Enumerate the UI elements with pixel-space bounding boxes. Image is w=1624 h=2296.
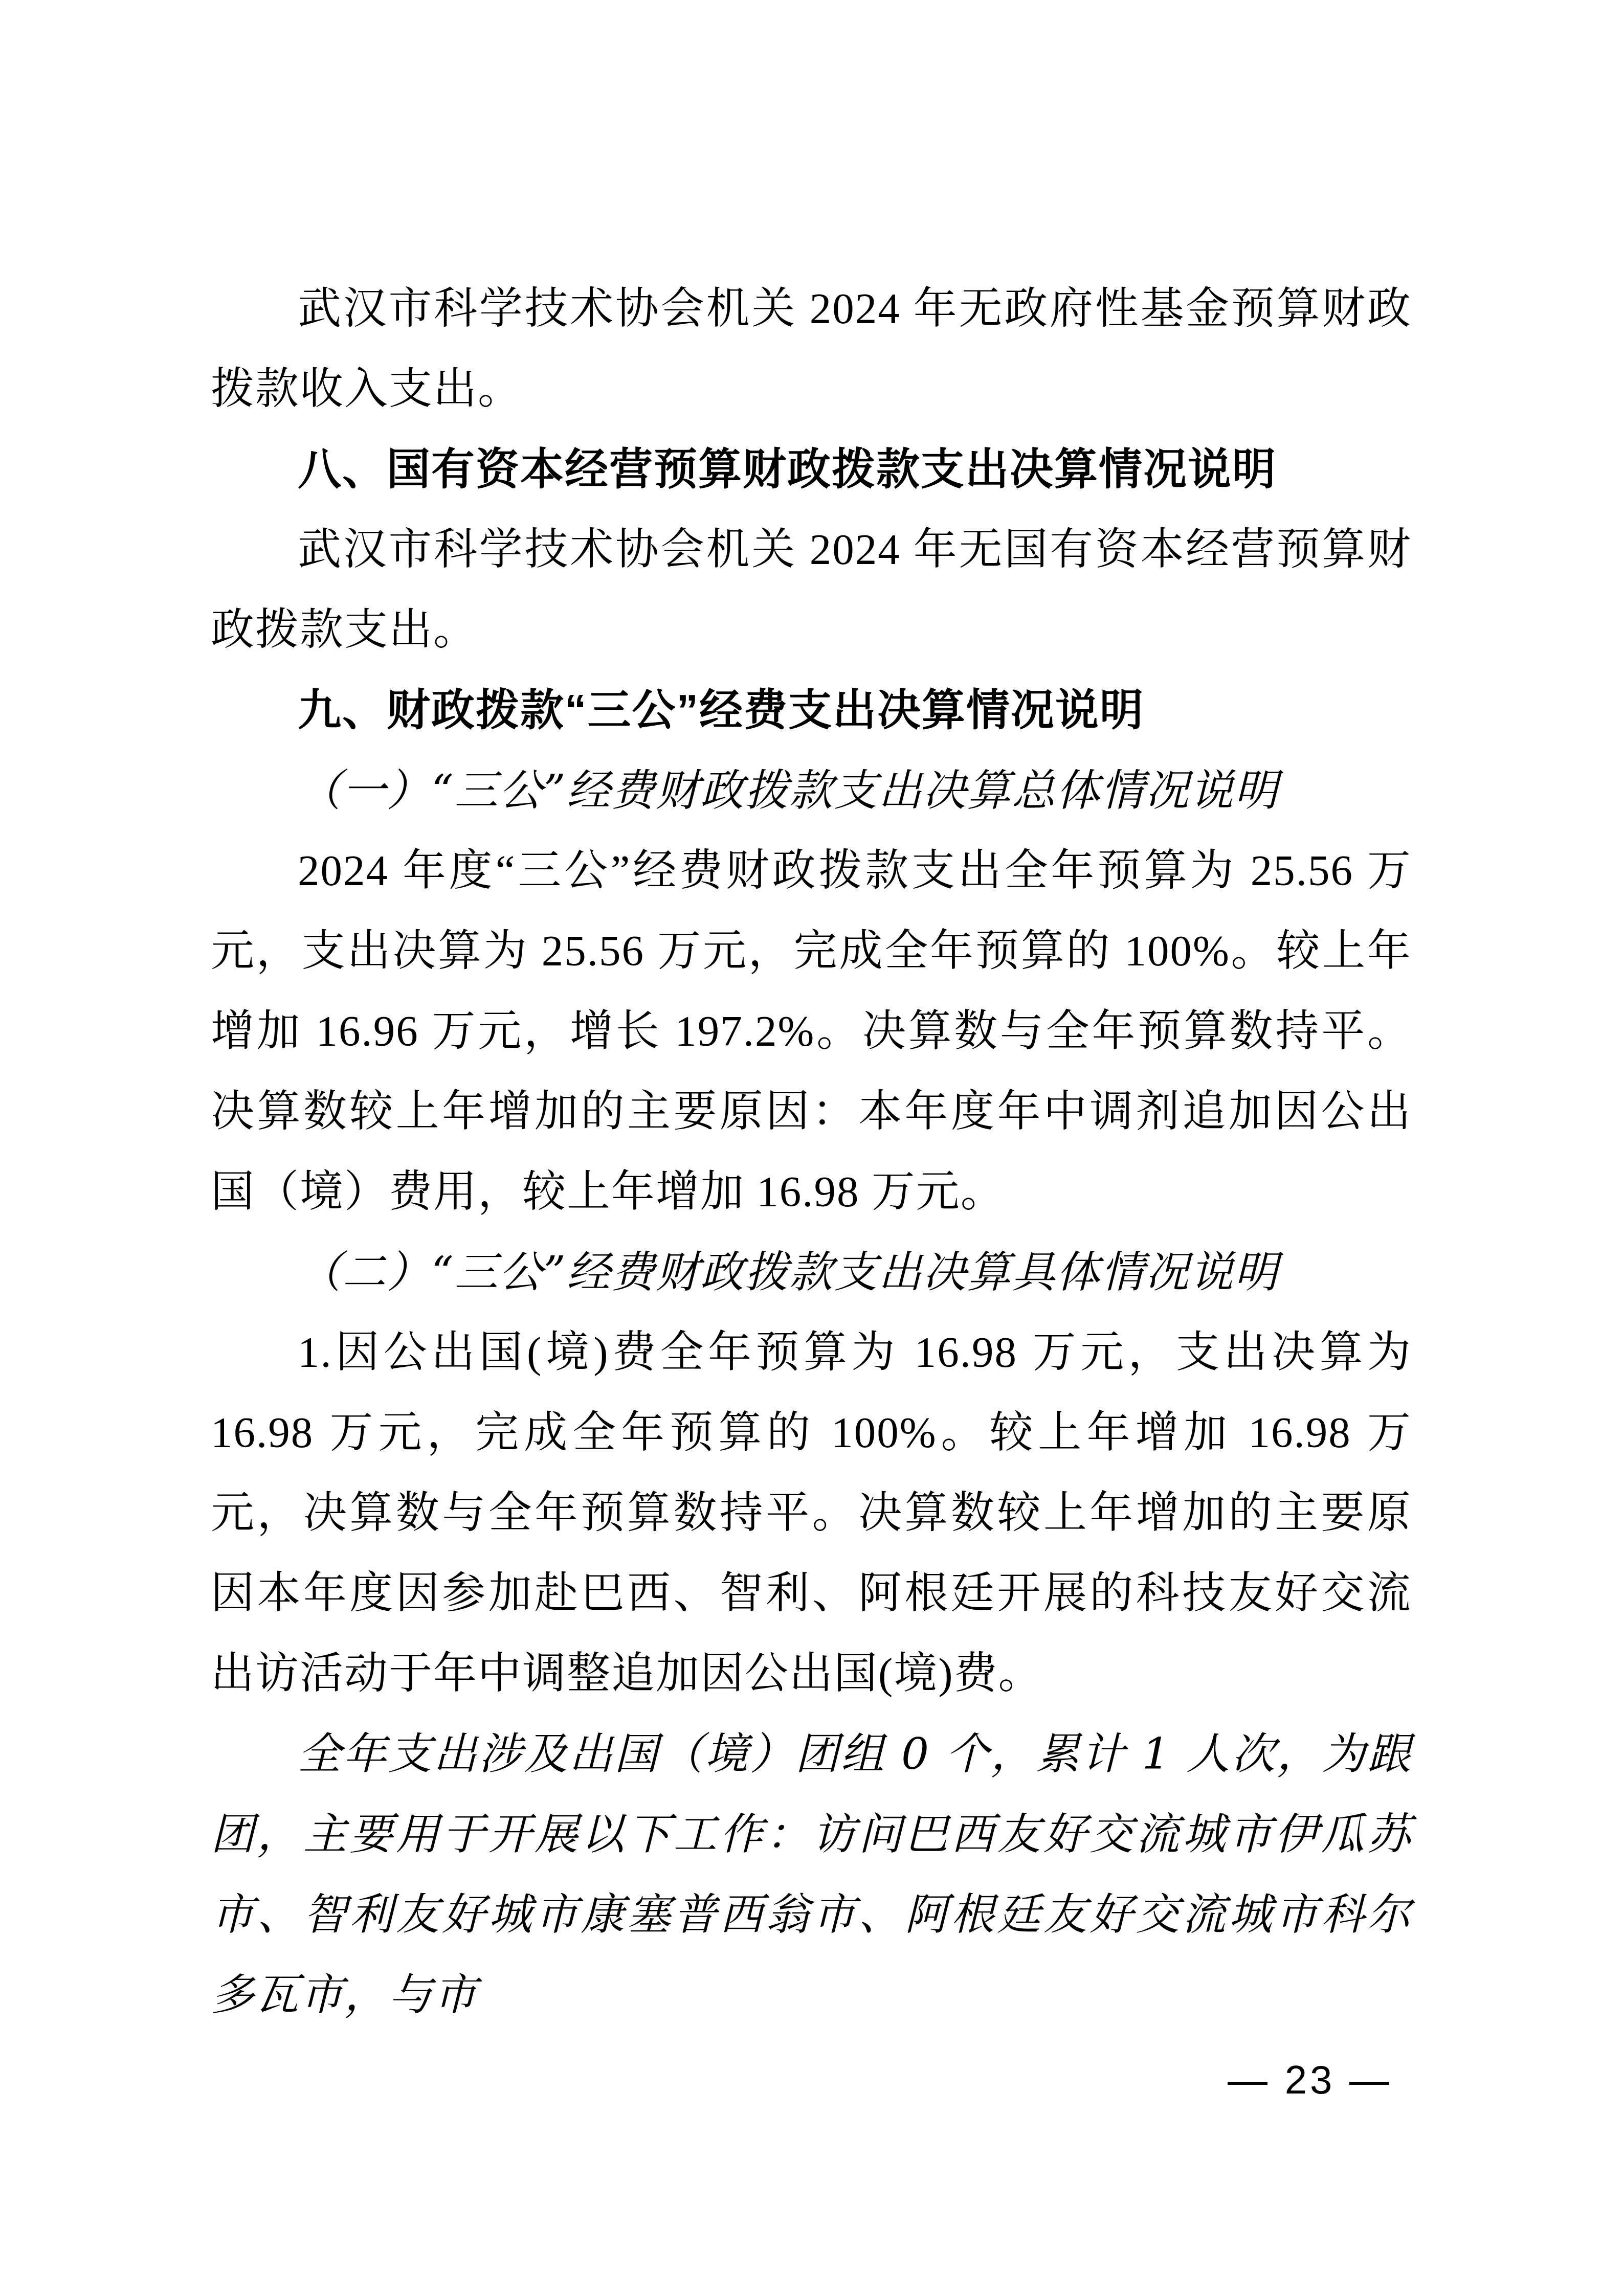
paragraph-no-gov-fund-budget: 武汉市科学技术协会机关 2024 年无政府性基金预算财政拨款收入支出。 xyxy=(211,269,1412,430)
document-page: 武汉市科学技术协会机关 2024 年无政府性基金预算财政拨款收入支出。 八、国有… xyxy=(0,0,1624,2296)
paragraph-no-state-capital-budget: 武汉市科学技术协会机关 2024 年无国有资本经营预算财政拨款支出。 xyxy=(211,510,1412,670)
paragraph-delegation-details: 全年支出涉及出国（境）团组 0 个，累计 1 人次，为跟团，主要用于开展以下工作… xyxy=(211,1714,1412,2035)
paragraph-overseas-travel-expense: 1.因公出国(境)费全年预算为 16.98 万元，支出决算为 16.98 万元，… xyxy=(211,1313,1412,1714)
document-body: 武汉市科学技术协会机关 2024 年无政府性基金预算财政拨款收入支出。 八、国有… xyxy=(211,269,1412,2035)
paragraph-overall-budget-figures: 2024 年度“三公”经费财政拨款支出全年预算为 25.56 万元，支出决算为 … xyxy=(211,831,1412,1232)
heading-section-8-state-capital: 八、国有资本经营预算财政拨款支出决算情况说明 xyxy=(211,430,1412,510)
heading-section-9-three-public-funds: 九、财政拨款“三公”经费支出决算情况说明 xyxy=(211,670,1412,751)
page-number: — 23 — xyxy=(1228,2060,1392,2100)
subheading-specific-situation: （二）“三公”经费财政拨款支出决算具体情况说明 xyxy=(211,1232,1412,1313)
subheading-overall-situation: （一）“三公”经费财政拨款支出决算总体情况说明 xyxy=(211,751,1412,831)
